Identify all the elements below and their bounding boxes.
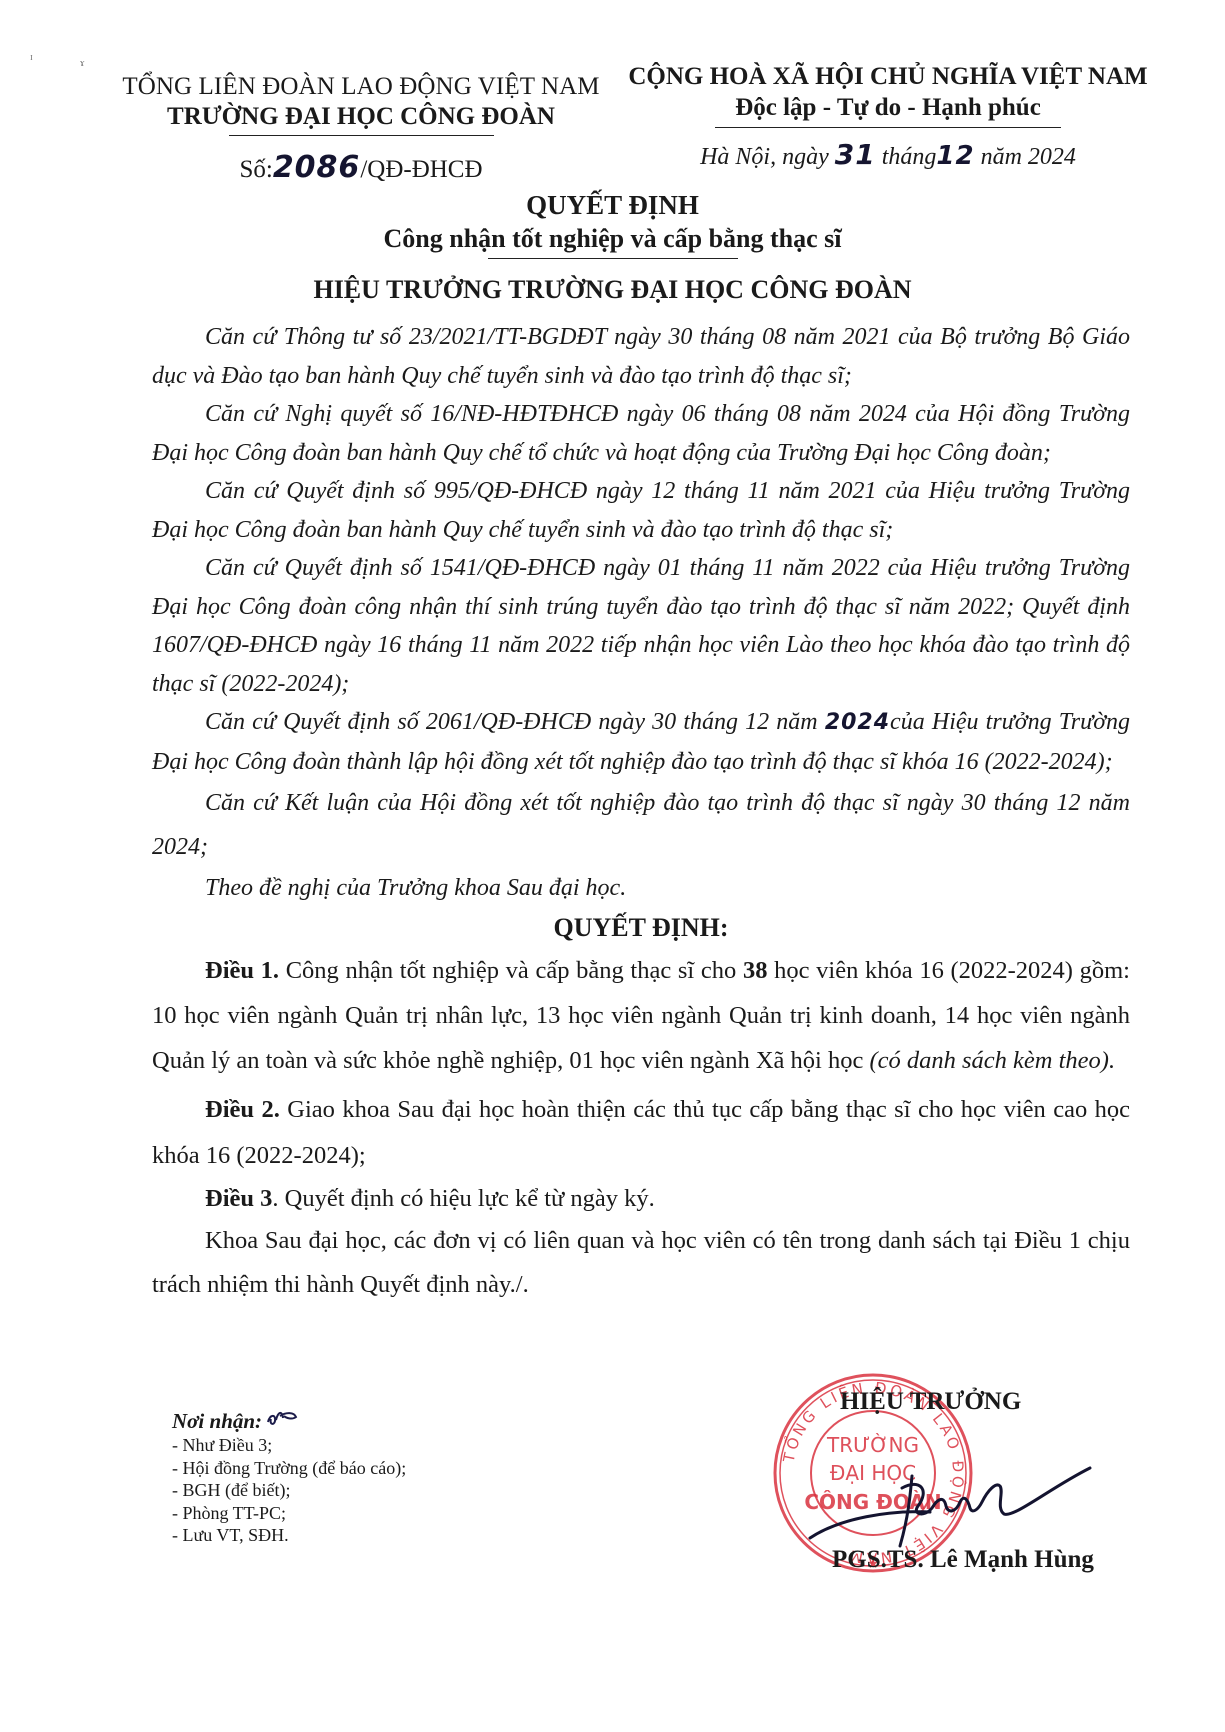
handwritten-day: 31	[835, 138, 876, 171]
article-text: Giao khoa Sau đại học hoàn thiện các thủ…	[152, 1096, 1130, 1169]
decision-heading: QUYẾT ĐỊNH:	[152, 908, 1130, 948]
article-label: Điều 2.	[205, 1096, 280, 1123]
article-text: . Quyết định có hiệu lực kể từ ngày ký.	[272, 1185, 654, 1212]
parent-organization: TỔNG LIÊN ĐOÀN LAO ĐỘNG VIỆT NAM	[120, 72, 602, 102]
article-1: Điều 1. Công nhận tốt nghiệp và cấp bằng…	[152, 948, 1130, 1083]
decision-number: Số:2086/QĐ-ĐHCĐ	[120, 150, 602, 185]
preamble-clause: Căn cứ Quyết định số 1541/QĐ-ĐHCĐ ngày 0…	[152, 549, 1130, 703]
school-name: TRƯỜNG ĐẠI HỌC CÔNG ĐOÀN	[120, 102, 602, 132]
handwritten-year: 2024	[825, 710, 890, 735]
issuer-header: TỔNG LIÊN ĐOÀN LAO ĐỘNG VIỆT NAM TRƯỜNG …	[120, 72, 602, 185]
number-suffix: /QĐ-ĐHCĐ	[360, 156, 482, 183]
issuing-authority: HIỆU TRƯỞNG TRƯỜNG ĐẠI HỌC CÔNG ĐOÀN	[0, 275, 1225, 305]
recipient-item: - Hội đồng Trường (để báo cáo);	[172, 1457, 406, 1480]
scan-mark: ɤ	[80, 58, 84, 69]
signer-title: HIỆU TRƯỞNG	[840, 1388, 1021, 1416]
place-date: Hà Nội, ngày 31 tháng12 năm 2024	[628, 138, 1148, 171]
preamble-clause: Căn cứ Thông tư số 23/2021/TT-BGDĐT ngày…	[152, 318, 1130, 395]
preamble-clause: Căn cứ Quyết định số 995/QĐ-ĐHCĐ ngày 12…	[152, 472, 1130, 549]
recipient-item: - BGH (để biết);	[172, 1479, 406, 1502]
handwritten-month: 12	[936, 141, 974, 171]
number-prefix: Số:	[239, 156, 272, 183]
recipients-title-row: Nơi nhận:	[172, 1408, 406, 1434]
month-label: tháng	[882, 144, 937, 170]
recipients-block: Nơi nhận: - Như Điều 3; - Hội đồng Trườn…	[172, 1408, 406, 1547]
date-prefix: Hà Nội, ngày	[700, 144, 829, 170]
closing-clause: Khoa Sau đại học, các đơn vị có liên qua…	[152, 1219, 1130, 1307]
document-body: Căn cứ Thông tư số 23/2021/TT-BGDĐT ngày…	[152, 318, 1130, 1307]
year-text: năm 2024	[981, 144, 1076, 170]
preamble-clause: Căn cứ Kết luận của Hội đồng xét tốt ngh…	[152, 781, 1130, 869]
divider	[488, 258, 738, 259]
initials-scribble-icon	[266, 1408, 300, 1430]
handwritten-signature-icon	[800, 1448, 1100, 1558]
recipient-item: - Phòng TT-PC;	[172, 1502, 406, 1525]
preamble-clause: Căn cứ Quyết định số 2061/QĐ-ĐHCĐ ngày 3…	[152, 703, 1130, 781]
scan-mark: ɪ	[30, 52, 33, 63]
article-text: Công nhận tốt nghiệp và cấp bằng thạc sĩ…	[279, 957, 743, 984]
recipient-item: - Như Điều 3;	[172, 1434, 406, 1457]
recipient-item: - Lưu VT, SĐH.	[172, 1524, 406, 1547]
article-3: Điều 3. Quyết định có hiệu lực kể từ ngà…	[152, 1179, 1130, 1219]
article-2: Điều 2. Giao khoa Sau đại học hoàn thiện…	[152, 1087, 1130, 1179]
preamble-clause: Theo đề nghị của Trưởng khoa Sau đại học…	[152, 869, 1130, 908]
recipients-title: Nơi nhận:	[172, 1409, 262, 1433]
graduate-count: 38	[743, 957, 768, 984]
document-title-block: QUYẾT ĐỊNH Công nhận tốt nghiệp và cấp b…	[0, 188, 1225, 259]
clause-text: Căn cứ Quyết định số 2061/QĐ-ĐHCĐ ngày 3…	[205, 709, 825, 735]
handwritten-number: 2086	[273, 150, 361, 185]
document-subtitle: Công nhận tốt nghiệp và cấp bằng thạc sĩ	[0, 222, 1225, 256]
attachment-note: (có danh sách kèm theo).	[869, 1047, 1115, 1074]
document-title: QUYẾT ĐỊNH	[0, 188, 1225, 222]
preamble-clause: Căn cứ Nghị quyết số 16/NĐ-HĐTĐHCĐ ngày …	[152, 395, 1130, 472]
national-header: CỘNG HOÀ XÃ HỘI CHỦ NGHĨA VIỆT NAM Độc l…	[628, 62, 1148, 171]
article-label: Điều 3	[205, 1185, 272, 1212]
signer-name: PGS.TS. Lê Mạnh Hùng	[832, 1546, 1094, 1574]
article-label: Điều 1.	[205, 957, 279, 984]
divider	[229, 135, 494, 136]
nation-name: CỘNG HOÀ XÃ HỘI CHỦ NGHĨA VIỆT NAM	[628, 62, 1148, 92]
signature-block: HIỆU TRƯỞNG TỔNG LIÊN ĐOÀN LAO ĐỘNG VIỆT…	[760, 1388, 1160, 1588]
national-motto: Độc lập - Tự do - Hạnh phúc	[628, 92, 1148, 124]
divider	[715, 127, 1061, 128]
